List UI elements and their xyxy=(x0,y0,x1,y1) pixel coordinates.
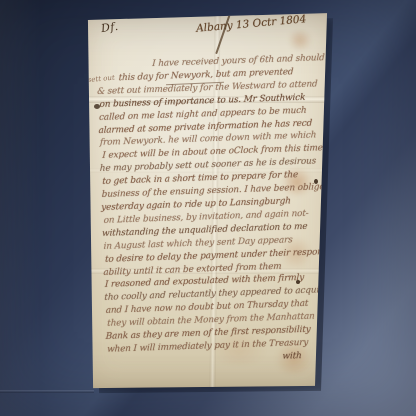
ink-blot xyxy=(94,104,100,109)
letter-sheet: Df. Albany 13 Octr 1804 sett out I have … xyxy=(84,12,330,390)
mat-edge-line xyxy=(0,390,94,393)
ink-blot xyxy=(88,12,90,18)
docket-annotation: Df. xyxy=(100,20,119,35)
letter-dateline: Albany 13 Octr 1804 xyxy=(196,13,307,35)
photo-background: Df. Albany 13 Octr 1804 sett out I have … xyxy=(0,0,416,416)
letter-body: sett out I have received yours of 6th an… xyxy=(96,52,323,369)
ink-blot xyxy=(296,280,300,284)
margin-insertion-note: sett out xyxy=(87,74,115,84)
stain xyxy=(286,30,314,50)
ink-blot xyxy=(314,179,318,184)
